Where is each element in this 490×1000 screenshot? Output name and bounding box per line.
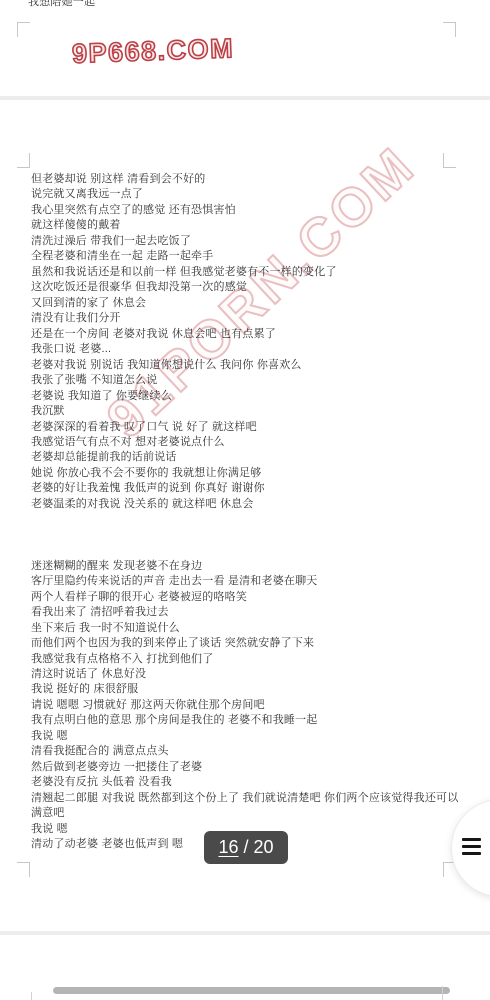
text-line: 我感觉语气有点不对 想对老婆说点什么	[31, 435, 483, 450]
text-line: 还是在一个房间 老婆对我说 休息会吧 也有点累了	[31, 327, 483, 342]
text-line: 老婆的好让我羞愧 我低声的说到 你真好 谢谢你	[31, 481, 483, 496]
next-page-frame-right	[442, 986, 443, 1000]
hamburger-icon	[462, 838, 481, 855]
text-line: 她说 你放心我不会不要你的 我就想让你满足够	[31, 466, 483, 481]
stamp-watermark: 9P668.COM	[72, 33, 235, 70]
crop-mark-prev-right	[443, 22, 456, 37]
text-line: 清这时说话了 休息好没	[31, 667, 483, 682]
text-line: 而他们两个也因为我的到来停止了谈话 突然就安静了下来	[31, 636, 483, 651]
text-line: 我沉默	[31, 404, 483, 419]
text-line: 我张口说 老婆...	[31, 342, 483, 357]
page-indicator[interactable]: 16 / 20	[204, 831, 288, 864]
text-line: 老婆深深的看着我 叹了口气 说 好了 就这样吧	[31, 420, 483, 435]
crop-mark-page-bottom-left	[17, 862, 30, 877]
text-line: 请说 嗯嗯 习惯就好 那这两天你就住那个房间吧	[31, 698, 483, 713]
text-line: 老婆说 我知道了 你要继续么	[31, 389, 483, 404]
text-line: 清看我挺配合的 满意点点头	[31, 744, 483, 759]
next-page-frame-left	[31, 992, 32, 1000]
crop-mark-prev-left	[17, 22, 30, 37]
text-line: 全程老婆和清坐在一起 走路一起牵手	[31, 249, 483, 264]
text-line: 我有点明白他的意思 那个房间是我住的 老婆不和我睡一起	[31, 713, 483, 728]
text-line: 我说 挺好的 床很舒服	[31, 682, 483, 697]
reader-screen: 我想陪她一起 9P668.COM 91PORN.COM 但老婆却说 别这样 清看…	[0, 0, 490, 1000]
text-line: 清洗过澡后 带我们一起去吃饭了	[31, 234, 483, 249]
text-line: 老婆却总能提前我的话前说话	[31, 450, 483, 465]
text-line: 坐下来后 我一时不知道说什么	[31, 621, 483, 636]
text-line: 满意吧	[31, 806, 483, 821]
prev-page-tail-line: 我想陪她一起	[28, 0, 95, 9]
page-total: 20	[254, 837, 274, 858]
text-line: 然后做到老婆旁边 一把搂住了老婆	[31, 760, 483, 775]
text-line	[31, 528, 483, 543]
page-gap-separator-top	[0, 96, 490, 100]
text-line: 看我出来了 清招呼着我过去	[31, 605, 483, 620]
page-separator: /	[243, 837, 248, 858]
text-line: 迷迷糊糊的醒来 发现老婆不在身边	[31, 559, 483, 574]
text-line: 清翘起二郎腿 对我说 既然都到这个份上了 我们就说清楚吧 你们两个应该觉得我还可…	[31, 791, 483, 806]
crop-mark-page-top-right	[443, 153, 456, 168]
text-line: 我说 嗯	[31, 729, 483, 744]
text-line: 我感觉我有点格格不入 打扰到他们了	[31, 652, 483, 667]
text-line: 老婆对我说 别说话 我知道你想说什么 我问你 你喜欢么	[31, 358, 483, 373]
text-line: 清没有让我们分开	[31, 311, 483, 326]
text-line: 又回到清的家了 休息会	[31, 296, 483, 311]
text-line: 说完就又离我远一点了	[31, 187, 483, 202]
page-current: 16	[218, 837, 238, 858]
text-line: 就这样傻傻的戴着	[31, 218, 483, 233]
text-line: 虽然和我说话还是和以前一样 但我感觉老婆有不一样的变化了	[31, 265, 483, 280]
text-line: 两个人看样子聊的很开心 老婆被逗的咯咯笑	[31, 590, 483, 605]
text-line: 但老婆却说 别这样 清看到会不好的	[31, 172, 483, 187]
page-text: 但老婆却说 别这样 清看到会不好的说完就又离我远一点了我心里突然有点空了的感觉 …	[31, 172, 483, 853]
text-line: 我心里突然有点空了的感觉 还有恐惧害怕	[31, 203, 483, 218]
text-line: 老婆温柔的对我说 没关系的 就这样吧 休息会	[31, 497, 483, 512]
next-page-divider-bar	[53, 987, 450, 994]
text-line: 我张了张嘴 不知道怎么说	[31, 373, 483, 388]
text-line: 这次吃饭还是很豪华 但我却没第一次的感觉	[31, 280, 483, 295]
text-line: 老婆没有反抗 头低着 没看我	[31, 775, 483, 790]
crop-mark-page-top-left	[17, 153, 30, 168]
page-gap-separator-bottom	[0, 931, 490, 935]
text-line: 客厅里隐约传来说话的声音 走出去一看 是清和老婆在聊天	[31, 574, 483, 589]
text-line	[31, 543, 483, 558]
text-line	[31, 512, 483, 527]
